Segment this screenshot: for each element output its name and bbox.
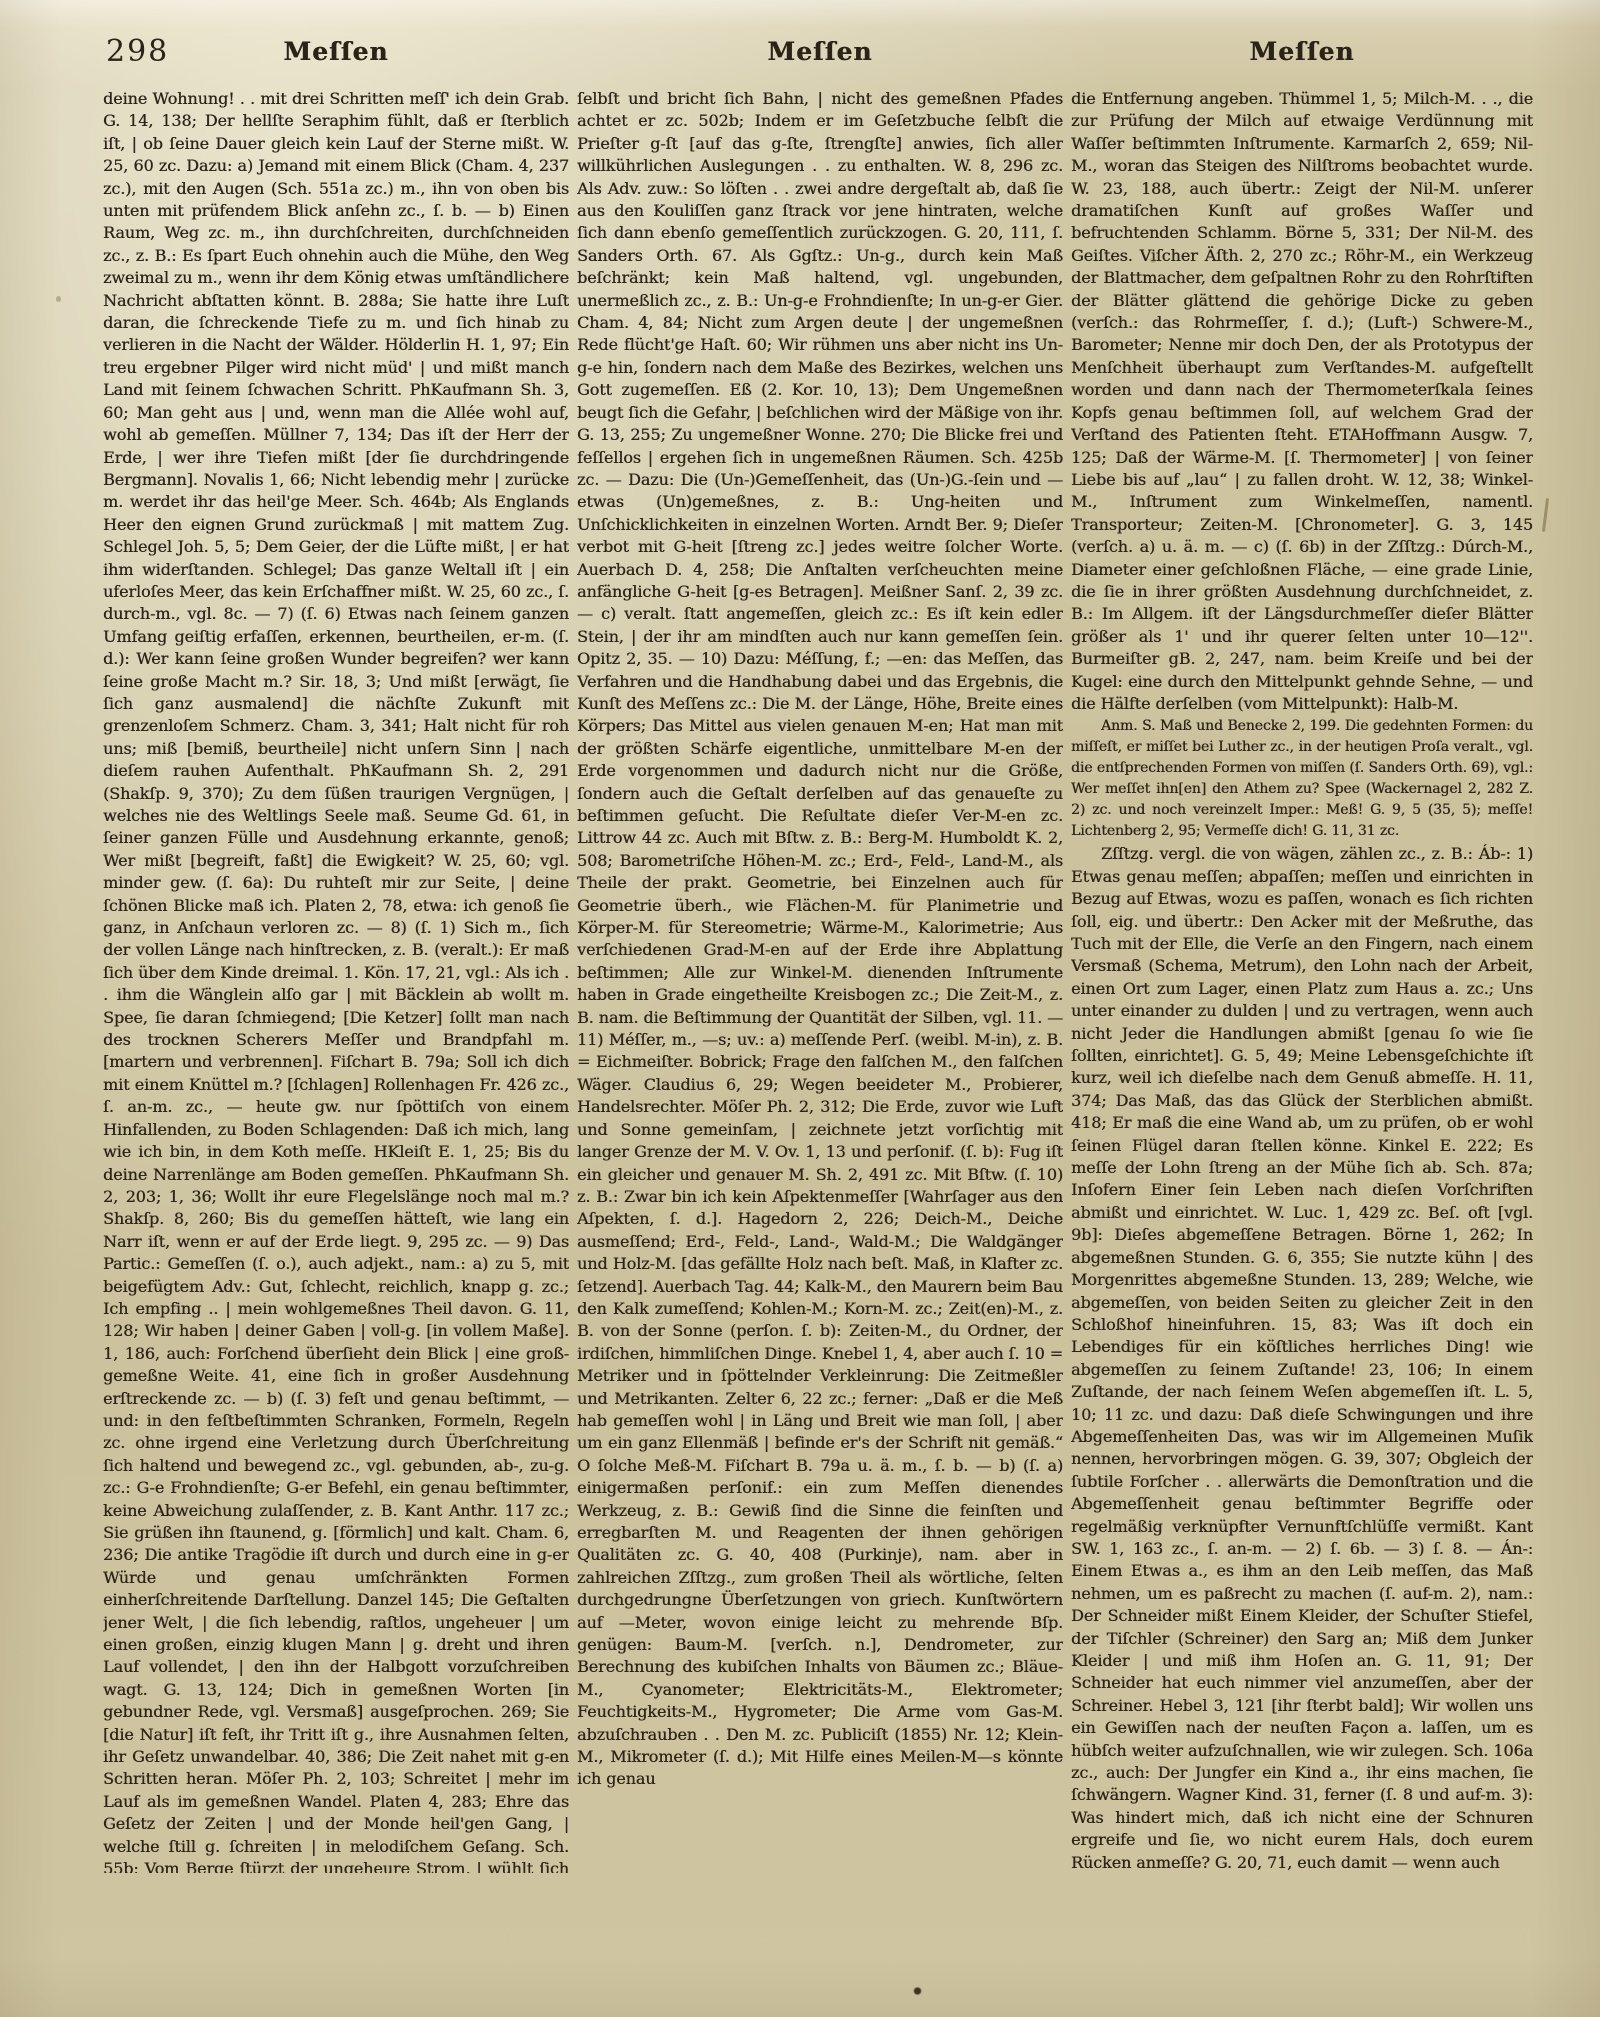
- running-head-column3: Meſſen: [1071, 37, 1533, 66]
- column-1-text: deine Wohnung! . . mit drei Schritten me…: [103, 88, 569, 1873]
- column-2: ſelbſt und bricht ſich Bahn, | nicht des…: [577, 88, 1063, 1873]
- text-columns: deine Wohnung! . . mit drei Schritten me…: [0, 88, 1600, 1873]
- column-3-main-text: die Entfernung angeben. Thümmel 1, 5; Mi…: [1071, 88, 1533, 715]
- paper-speck: [1150, 258, 1156, 263]
- column-3-anmerkung: Anm. S. Maß und Benecke 2, 199. Die gede…: [1071, 716, 1533, 842]
- page-header: 298 Meſſen Meſſen Meſſen: [0, 34, 1600, 74]
- running-head-column1: Meſſen: [103, 37, 569, 66]
- dictionary-page-scan: 298 Meſſen Meſſen Meſſen deine Wohnung! …: [0, 0, 1600, 2017]
- ink-dot-artifact: [913, 1987, 922, 1995]
- column-1: deine Wohnung! . . mit drei Schritten me…: [103, 88, 569, 1873]
- column-3: die Entfernung angeben. Thümmel 1, 5; Mi…: [1071, 88, 1533, 1873]
- column-2-text: ſelbſt und bricht ſich Bahn, | nicht des…: [577, 88, 1063, 1791]
- paper-speck: [56, 296, 61, 302]
- column-3-zusammensetzungen: Zſſtzg. vergl. die von wägen, zählen zc.…: [1071, 843, 1533, 1873]
- running-head-column2: Meſſen: [577, 37, 1063, 66]
